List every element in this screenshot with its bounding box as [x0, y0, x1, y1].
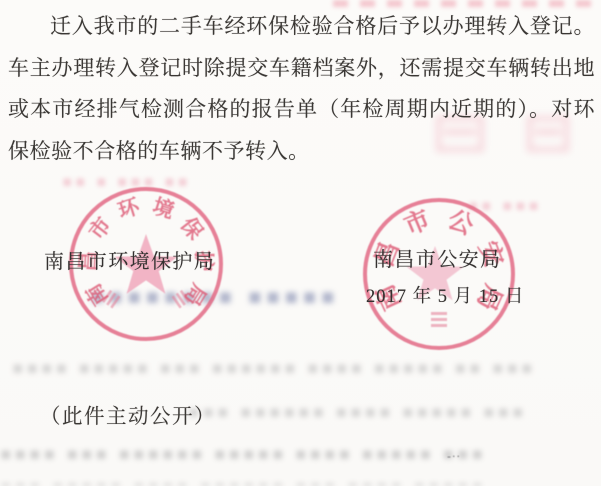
bleed-gray-line-3: ▪▪▪▪ ▪▪▪ ▪▪▪▪▪▪ ▪▪▪▪▪ ▪▪▪▪ ▪▪▪▪▪ ▪▪▪ [0, 444, 597, 464]
right-org-signature: 南昌市公安局 [373, 243, 501, 272]
bleed-small-squiggle: -·· [447, 450, 473, 459]
seal-ring-char: 环 [115, 194, 143, 223]
document-date: 2017 年 5 月 15 日 [366, 282, 524, 308]
scanned-document-page: ▪▪ ▪ ▪▪▪ ▪▪ ▪▪ ▪▪▪ ▪▪▪▪▪ ▪▪▪▪▪▪▪▪ ▪▪▪▪ ▪… [0, 0, 601, 486]
seal-ring-char: 境 [150, 194, 177, 223]
left-org-signature: 南昌市环境保护局 [44, 245, 215, 274]
disclosure-note: （此件主动公开） [40, 399, 216, 429]
bleed-gray-line-1: ▪▪▪▪ ▪▪▪▪▪ ▪▪▪ ▪▪▪▪▪▪ ▪▪▪▪ ▪▪▪▪▪ ▪▪ ▪▪▪ [12, 358, 595, 378]
body-paragraph: 迁入我市的二手车经环保检验合格后予以办理转入登记。车主办理转入登记时除提交车籍档… [8, 6, 595, 172]
bleed-gray-line-4: ▪▪▪ ▪▪▪▪▪ ▪▪▪▪ ▪▪▪▪▪▪ ▪▪▪ ▪▪▪▪ ▪▪▪▪▪ [0, 477, 597, 486]
seal-ring-char: 市 [400, 205, 434, 241]
public-security-bureau-seal: 南昌市公安局 [361, 196, 517, 352]
seal-ring-char: 公 [444, 206, 478, 241]
seal-lower-mark-center [431, 312, 447, 327]
bleed-gray-line-2: ▪▪▪ ▪▪▪▪▪▪ ▪▪▪▪ ▪▪▪▪▪ ▪▪▪ [188, 402, 595, 422]
